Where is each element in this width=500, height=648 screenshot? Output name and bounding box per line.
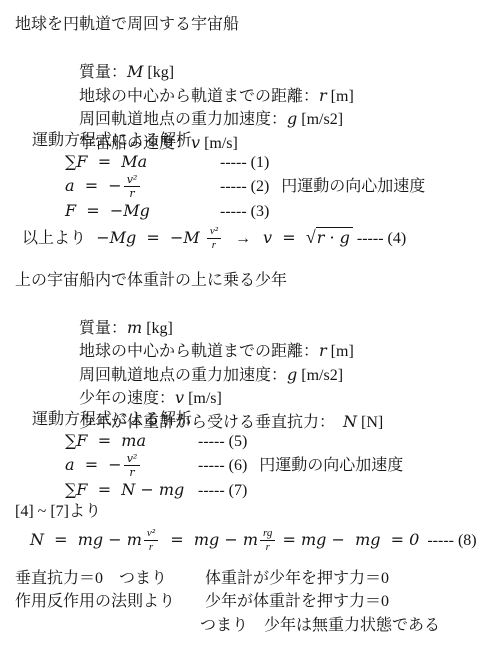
section-spacer <box>15 557 485 567</box>
param-unit: [m/s2] <box>297 111 343 128</box>
equation-3-math: F = −Mg <box>65 200 220 222</box>
equation-7-ref: ----- (7) <box>198 482 247 499</box>
fraction-numerator: v² <box>124 173 141 187</box>
sqrt-argument: r · g <box>316 227 353 247</box>
param-variable: r <box>319 86 327 105</box>
param-variable: m <box>127 318 142 337</box>
conclusion-row-2: 作用反作用の法則より少年が体重計を押す力＝0 <box>15 590 485 614</box>
section-boy-on-scale: 上の宇宙船内で体重計の上に乗る少年 質量：m [kg] 地球の中心から軌道までの… <box>15 269 485 557</box>
section-spacecraft: 地球を円軌道で周回する宇宙船 質量：M [kg] 地球の中心から軌道までの距離：… <box>15 13 485 252</box>
conclusion-row-2-left: 作用反作用の法則より <box>15 590 205 614</box>
equation-8-mid: mg − m <box>194 530 258 549</box>
fraction-denominator: r <box>146 541 156 554</box>
equation-2-lhs: a = − <box>65 176 122 195</box>
param-variable: r <box>319 341 327 360</box>
sigma-symbol: ∑ <box>65 152 76 171</box>
param-label: 少年の速度： <box>79 390 175 407</box>
equation-6-ref: ----- (6) <box>198 457 247 474</box>
param-unit: [N] <box>357 414 383 431</box>
param-unit: [kg] <box>143 64 174 81</box>
fraction-numerator: rg <box>260 527 275 541</box>
equation-6-lhs: a = − <box>65 455 122 474</box>
equation-5-body: F = ma <box>76 431 146 450</box>
param-unit: [m/s2] <box>297 367 343 384</box>
param-variable: g <box>287 109 297 128</box>
conclusion-block: 垂直抗力＝0 つまり体重計が少年を押す力＝0 作用反作用の法則より少年が体重計を… <box>15 567 485 638</box>
param-variable: v <box>175 388 184 407</box>
equation-2-note: 円運動の向心加速度 <box>281 178 425 195</box>
fraction-numerator: v² <box>207 225 221 239</box>
sqrt-radical-icon: √ <box>306 227 316 247</box>
equation-1-ref: ----- (1) <box>220 154 269 171</box>
equation-8-ref: ----- (8) <box>419 532 476 549</box>
param-label: 質量： <box>79 64 127 81</box>
equation-2-ref: ----- (2) <box>220 178 269 195</box>
equation-2: a = −v²r----- (2)円運動の向心加速度 <box>65 172 485 200</box>
param-label: 周回軌道地点の重力加速度： <box>79 367 287 384</box>
param-label: 地球の中心から軌道までの距離： <box>79 88 319 105</box>
param-unit: [m/s] <box>184 390 222 407</box>
equation-7-body: F = N − mg <box>76 480 184 499</box>
param-label: 質量： <box>79 320 127 337</box>
param-variable: v <box>191 133 200 152</box>
param-unit: [kg] <box>142 320 173 337</box>
conclusion-row-2-right: 少年が体重計を押す力＝0 <box>205 590 389 614</box>
fraction-numerator: v² <box>124 452 141 466</box>
equation-3: F = −Mg----- (3) <box>65 200 485 222</box>
equation-6-math: a = −v²r <box>65 451 198 479</box>
equation-8-equals: = <box>277 530 301 549</box>
fraction-denominator: r <box>263 541 273 554</box>
param-label: 地球の中心から軌道までの距離： <box>79 343 319 360</box>
conclusion-row-1-left: 垂直抗力＝0 つまり <box>15 567 205 591</box>
param-unit: [m/s] <box>200 135 238 152</box>
param-label: 周回軌道地点の重力加速度： <box>79 111 287 128</box>
equation-8-equals: = <box>160 530 194 549</box>
equation-4: 以上より −Mg = −M v²r → v = √r · g ----- (4) <box>22 222 485 252</box>
equation-5-ref: ----- (5) <box>198 433 247 450</box>
fraction-v2-over-r: v²r <box>207 225 221 252</box>
conclusion-row-1-right: 体重計が少年を押す力＝0 <box>205 567 389 591</box>
equation-4-ref: ----- (4) <box>353 230 406 247</box>
section-spacer <box>15 252 485 269</box>
arrow-icon: → <box>223 230 263 247</box>
physics-note-document: 地球を円軌道で周回する宇宙船 質量：M [kg] 地球の中心から軌道までの距離：… <box>0 0 500 648</box>
sigma-symbol: ∑ <box>65 480 76 499</box>
param-unit: [m] <box>327 343 354 360</box>
equation-4-label: 以上より <box>22 230 86 247</box>
from-equations-4-to-7-label: [4] ~ [7]より <box>15 501 485 523</box>
equation-3-body: F = −Mg <box>65 201 150 220</box>
fraction-v2-over-r: v²r <box>144 527 158 554</box>
equation-2-math: a = −v²r <box>65 172 220 200</box>
sigma-symbol: ∑ <box>65 431 76 450</box>
param-variable: M <box>127 62 143 81</box>
equation-8-tail: mg − mg = 0 <box>301 530 419 549</box>
equation-1: ∑F = Ma----- (1) <box>65 151 485 173</box>
param-variable: g <box>287 365 297 384</box>
param-variable: N <box>343 412 357 431</box>
fraction-v2-over-r: v²r <box>124 452 141 479</box>
section1-title: 地球を円軌道で周回する宇宙船 <box>15 13 485 37</box>
equation-8-lhs: N = mg − m <box>30 530 142 549</box>
equation-1-body: F = Ma <box>76 152 147 171</box>
param-unit: [m] <box>327 88 354 105</box>
equation-5-math: ∑F = ma <box>65 430 198 452</box>
equation-6-note: 円運動の向心加速度 <box>259 457 403 474</box>
equation-7: ∑F = N − mg----- (7) <box>65 479 485 501</box>
equation-6: a = −v²r----- (6)円運動の向心加速度 <box>65 451 485 479</box>
fraction-denominator: r <box>126 187 137 200</box>
equation-4-mid: v = <box>263 228 306 247</box>
fraction-v2-over-r: v²r <box>124 173 141 200</box>
fraction-denominator: r <box>209 239 219 252</box>
section1-analysis-heading: 運動方程式による解析 <box>32 131 485 151</box>
equation-7-math: ∑F = N − mg <box>65 479 198 501</box>
equation-3-ref: ----- (3) <box>220 203 269 220</box>
equation-4-lhs: −Mg = −M <box>86 228 205 247</box>
section2-param-mass: 質量：m [kg] <box>55 292 485 316</box>
equation-1-math: ∑F = Ma <box>65 151 220 173</box>
equation-8: N = mg − mv²r = mg − mrgr = mg − mg = 0 … <box>30 523 485 557</box>
section2-title: 上の宇宙船内で体重計の上に乗る少年 <box>15 269 485 293</box>
fraction-rg-over-r: rgr <box>260 527 275 554</box>
conclusion-row-3: つまり 少年は無重力状態である <box>200 614 485 638</box>
fraction-denominator: r <box>126 466 137 479</box>
fraction-numerator: v² <box>144 527 158 541</box>
section1-param-mass: 質量：M [kg] <box>55 37 485 61</box>
conclusion-row-1: 垂直抗力＝0 つまり体重計が少年を押す力＝0 <box>15 567 485 591</box>
